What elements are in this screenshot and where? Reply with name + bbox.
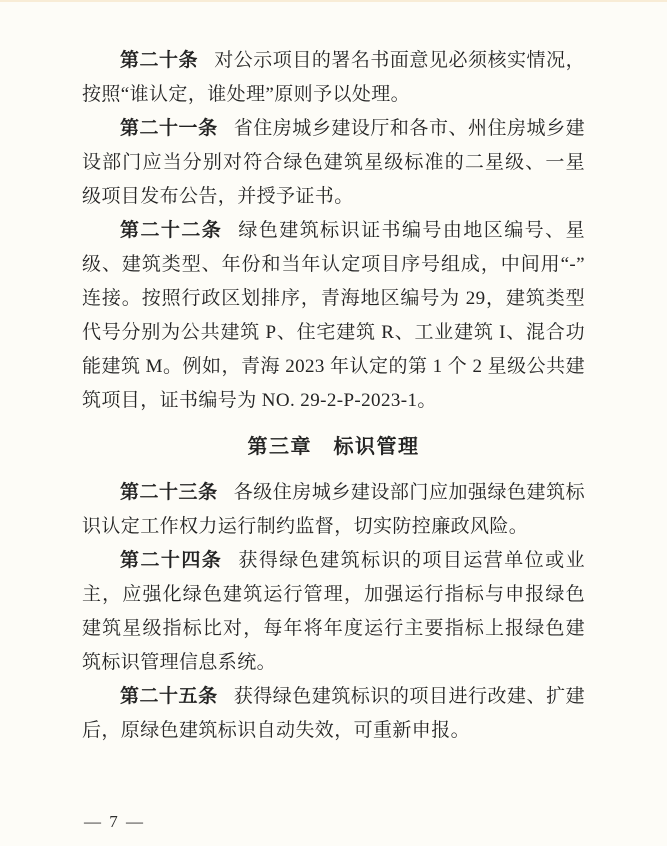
- article-paragraph: 第二十四条获得绿色建筑标识的项目运营单位或业主，应强化绿色建筑运行管理，加强运行…: [82, 544, 585, 680]
- article-number: 第二十二条: [120, 220, 238, 241]
- page-number: — 7 —: [84, 812, 145, 832]
- article-paragraph: 第二十二条绿色建筑标识证书编号由地区编号、星级、建筑类型、年份和当年认定项目序号…: [82, 214, 585, 418]
- document-body: 第二十条对公示项目的署名书面意见必须核实情况，按照“谁认定，谁处理”原则予以处理…: [82, 44, 585, 748]
- article-number: 第二十一条: [120, 118, 234, 139]
- article-paragraph: 第二十一条省住房城乡建设厅和各市、州住房城乡建设部门应当分别对符合绿色建筑星级标…: [82, 112, 585, 214]
- article-paragraph: 第二十条对公示项目的署名书面意见必须核实情况，按照“谁认定，谁处理”原则予以处理…: [82, 44, 585, 112]
- article-paragraph: 第二十三条各级住房城乡建设部门应加强绿色建筑标识认定工作权力运行制约监督，切实防…: [82, 476, 585, 544]
- chapter-heading: 第三章 标识管理: [82, 430, 585, 464]
- article-paragraph: 第二十五条获得绿色建筑标识的项目进行改建、扩建后，原绿色建筑标识自动失效，可重新…: [82, 680, 585, 748]
- article-number: 第二十四条: [120, 550, 238, 571]
- article-text: 绿色建筑标识证书编号由地区编号、星级、建筑类型、年份和当年认定项目序号组成，中间…: [82, 220, 585, 411]
- article-number: 第二十条: [120, 50, 214, 71]
- article-number: 第二十五条: [120, 686, 234, 707]
- scan-top-edge: [0, 0, 667, 2]
- article-number: 第二十三条: [120, 482, 234, 503]
- document-page: 第二十条对公示项目的署名书面意见必须核实情况，按照“谁认定，谁处理”原则予以处理…: [0, 0, 667, 846]
